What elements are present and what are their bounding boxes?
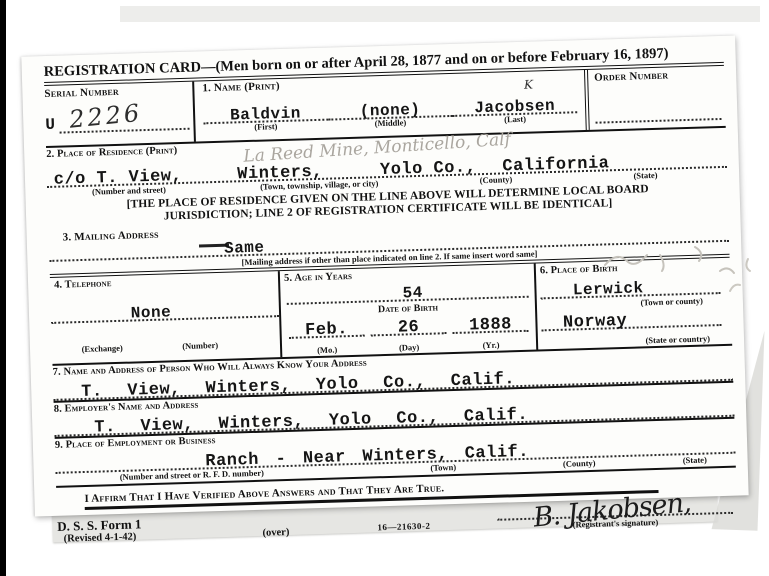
serial-handwritten-value: 2226	[68, 99, 143, 134]
dob-day-field: 26	[370, 314, 447, 336]
illegible-pencil-marks	[600, 225, 760, 315]
dob-caption-day: (Day)	[368, 342, 450, 353]
form-revised: (Revised 4-1-42)	[58, 531, 142, 545]
serial-prefix: U	[45, 116, 56, 134]
birthplace-country: Norway	[563, 312, 628, 333]
signature-block: B. Jakobsen, (Registrant's signature)	[497, 492, 734, 531]
first-name-value: Baldvin	[230, 105, 301, 125]
scanned-page: { "scan": { "background_color": "#ffffff…	[0, 0, 769, 576]
form-id-block: D. S. S. Form 1 (Revised 4-1-42)	[57, 517, 142, 545]
serial-number-label: Serial Number	[44, 84, 188, 100]
order-number-label: Order Number	[594, 68, 720, 84]
scan-edge-strip	[0, 0, 6, 576]
dob-caption-year: (Yr.)	[450, 339, 532, 350]
telephone-captions: (Exchange) (Number)	[52, 339, 280, 346]
employment-caption-town: (Town)	[430, 463, 456, 472]
telephone-value: None	[131, 304, 172, 323]
last-name-field: K Jacobsen (Last)	[452, 89, 578, 125]
employment-caption-state: (State)	[683, 455, 707, 464]
dob-caption-month: (Mo.)	[286, 344, 368, 355]
last-name-value: Jacobsen	[474, 97, 555, 117]
birthplace-country-caption: (State or country)	[645, 334, 710, 344]
employment-caption-street: (Number and street or R. F. D. number)	[120, 468, 264, 481]
telephone-caption-exchange: (Exchange)	[82, 344, 123, 354]
residence-caption-town: (Town, township, village, or city)	[260, 179, 379, 191]
name-box: 1. Name (Print) Baldvin (First) (none) (…	[194, 70, 586, 142]
serial-number-box: Serial Number U 2226	[44, 82, 196, 146]
dob-year-field: 1888	[452, 312, 529, 334]
dob-year: 1888	[469, 315, 512, 335]
name-fields: Baldvin (First) (none) (Middle) K Jacobs…	[203, 89, 578, 133]
residence-caption-county: (County)	[480, 175, 513, 184]
order-number-box: Order Number	[584, 66, 726, 130]
middle-name-field: (none) (Middle)	[327, 93, 453, 129]
telephone-value-line: None	[51, 295, 280, 324]
first-name-field: Baldvin (First)	[203, 97, 329, 133]
mailing-label: 3. Mailing Address	[63, 228, 159, 243]
residence-caption-state: (State)	[633, 170, 657, 179]
age-value: 54	[402, 284, 423, 303]
print-code: 16—21630-2	[377, 521, 430, 533]
mailing-value: Same	[224, 238, 265, 257]
handwritten-correction-k: K	[524, 78, 533, 92]
serial-line: 2226	[59, 102, 190, 134]
over-note: (over)	[262, 527, 289, 539]
age-box: 5. Age in Years 54 Date of Birth Feb. 26…	[280, 264, 538, 358]
scan-noise-band	[120, 6, 760, 22]
telephone-label: 4. Telephone	[54, 273, 274, 291]
middle-name-value: (none)	[360, 101, 421, 121]
dob-day: 26	[398, 318, 420, 338]
telephone-box: 4. Telephone None (Exchange) (Number)	[50, 271, 282, 364]
residence-caption-street: (Number and street)	[92, 185, 166, 196]
dob-month: Feb.	[305, 320, 348, 340]
order-number-blank-line	[595, 94, 722, 124]
employment-caption-county: (County)	[563, 459, 596, 468]
telephone-caption-number: (Number)	[182, 341, 218, 351]
dob-month-field: Feb.	[288, 317, 365, 339]
serial-number-value: U 2226	[45, 102, 190, 134]
